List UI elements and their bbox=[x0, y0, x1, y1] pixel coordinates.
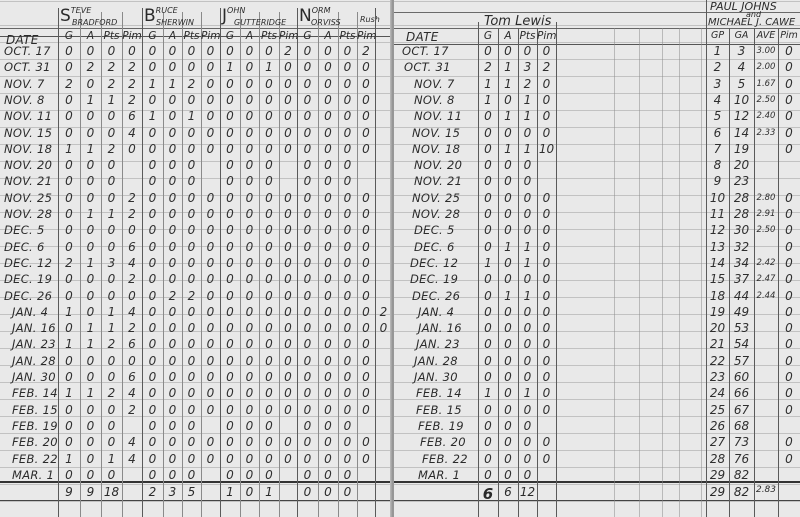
row-date: JAN. 30 bbox=[414, 370, 458, 385]
stat-cell: 0 bbox=[163, 44, 182, 59]
stat-cell: 1 bbox=[182, 109, 201, 124]
column-header-a: A bbox=[318, 30, 338, 42]
player-first-name: ORM bbox=[312, 6, 331, 15]
row-date: OCT. 17 bbox=[402, 44, 449, 59]
stat-cell: 0 bbox=[142, 452, 163, 467]
stat-cell: 0 bbox=[498, 174, 518, 189]
stat-cell: 6 bbox=[122, 109, 142, 124]
stat-cell: 0 bbox=[201, 289, 220, 304]
stat-cell: 0 bbox=[182, 93, 201, 108]
stat-cell: 0 bbox=[318, 256, 338, 271]
goalie-cell: 1 bbox=[706, 44, 729, 59]
stat-cell: 0 bbox=[338, 419, 357, 434]
stat-cell: 0 bbox=[58, 223, 80, 238]
goalie-cell: 8 bbox=[706, 158, 729, 173]
stat-cell: 0 bbox=[101, 289, 122, 304]
row-date: OCT. 31 bbox=[404, 60, 451, 75]
stat-cell: 0 bbox=[240, 109, 259, 124]
goalie-cell: 34 bbox=[729, 256, 754, 271]
stat-cell: 0 bbox=[279, 403, 297, 418]
stat-cell: 2 bbox=[478, 60, 498, 75]
stat-cell: 0 bbox=[182, 403, 201, 418]
player-initial: S bbox=[60, 6, 71, 26]
goalie-cell: 14 bbox=[706, 256, 729, 271]
goalie-cell: 19 bbox=[729, 142, 754, 157]
goalie-cell: 21 bbox=[706, 337, 729, 352]
stat-cell: 1 bbox=[518, 386, 537, 401]
stat-cell: 0 bbox=[220, 240, 240, 255]
stat-cell: 0 bbox=[498, 207, 518, 222]
stat-cell: 0 bbox=[201, 370, 220, 385]
goalie-cell: 0 bbox=[778, 44, 800, 59]
stat-cell: 4 bbox=[122, 256, 142, 271]
goalie-cell: 49 bbox=[729, 305, 754, 320]
stat-cell: 0 bbox=[142, 256, 163, 271]
goalie-cell: 0 bbox=[778, 305, 800, 320]
stat-cell: 0 bbox=[318, 60, 338, 75]
stat-cell: 0 bbox=[318, 370, 338, 385]
stat-cell: 0 bbox=[220, 452, 240, 467]
stat-cell: 0 bbox=[142, 158, 163, 173]
stat-cell: 0 bbox=[498, 126, 518, 141]
stat-cell: 0 bbox=[537, 435, 556, 450]
stat-cell: 0 bbox=[240, 240, 259, 255]
goalie-cell: 57 bbox=[729, 354, 754, 369]
stat-cell: 0 bbox=[357, 93, 375, 108]
total-cell: 9 bbox=[80, 485, 101, 499]
row-date: NOV. 15 bbox=[412, 126, 460, 141]
stat-cell: 2 bbox=[163, 289, 182, 304]
stat-cell: 0 bbox=[478, 354, 498, 369]
stat-cell: 0 bbox=[142, 207, 163, 222]
stat-cell: 0 bbox=[240, 126, 259, 141]
stat-cell: 0 bbox=[318, 77, 338, 92]
stat-cell: 1 bbox=[498, 142, 518, 157]
goalie-cell: 2.47 bbox=[754, 272, 778, 287]
goalie-cell: 53 bbox=[729, 321, 754, 336]
stat-cell: 0 bbox=[163, 60, 182, 75]
stat-cell: 0 bbox=[240, 77, 259, 92]
goalie-cell: 12 bbox=[706, 223, 729, 238]
stat-cell: 0 bbox=[220, 142, 240, 157]
stat-cell: 0 bbox=[297, 370, 318, 385]
stat-cell: 0 bbox=[478, 452, 498, 467]
header-rule bbox=[394, 28, 800, 29]
stat-cell: 1 bbox=[142, 109, 163, 124]
goalie-cell: 0 bbox=[778, 272, 800, 287]
row-date: DEC. 5 bbox=[414, 223, 455, 238]
player-first-name: OHN bbox=[227, 6, 245, 15]
total-cell: 6 bbox=[498, 485, 518, 499]
row-date: NOV. 21 bbox=[414, 174, 462, 189]
stat-cell: 0 bbox=[58, 126, 80, 141]
stat-cell: 0 bbox=[182, 207, 201, 222]
stat-cell: 0 bbox=[58, 468, 80, 483]
goalie-cell: 0 bbox=[778, 109, 800, 124]
stat-cell: 0 bbox=[240, 337, 259, 352]
stat-cell: 2 bbox=[101, 60, 122, 75]
stat-cell: 1 bbox=[101, 93, 122, 108]
stat-cell: 0 bbox=[182, 272, 201, 287]
goalie-cell: 4 bbox=[729, 60, 754, 75]
stat-cell: 0 bbox=[297, 256, 318, 271]
stat-cell: 0 bbox=[338, 126, 357, 141]
goalie-cell: 10 bbox=[729, 93, 754, 108]
stat-cell: 0 bbox=[279, 452, 297, 467]
stat-cell: 0 bbox=[518, 207, 537, 222]
column-header-pim: Pim bbox=[122, 30, 142, 42]
stat-cell: 0 bbox=[338, 272, 357, 287]
stat-cell: 1 bbox=[80, 256, 101, 271]
row-date: NOV. 25 bbox=[412, 191, 460, 206]
stat-cell: 0 bbox=[518, 337, 537, 352]
stat-cell: 0 bbox=[338, 158, 357, 173]
stat-cell: 0 bbox=[80, 77, 101, 92]
total-cell: 18 bbox=[101, 485, 122, 499]
row-date: NOV. 20 bbox=[414, 158, 462, 173]
stat-cell: 0 bbox=[279, 272, 297, 287]
player-first-name: RUCE bbox=[156, 6, 178, 15]
stat-cell: 0 bbox=[279, 256, 297, 271]
stat-cell: 0 bbox=[142, 289, 163, 304]
row-date: JAN. 28 bbox=[414, 354, 458, 369]
stat-cell: 0 bbox=[201, 272, 220, 287]
stat-cell: 0 bbox=[142, 174, 163, 189]
stat-cell: 0 bbox=[537, 305, 556, 320]
stat-cell: 0 bbox=[478, 109, 498, 124]
stat-cell: 0 bbox=[163, 435, 182, 450]
stat-cell: 0 bbox=[498, 354, 518, 369]
stat-cell: 0 bbox=[518, 44, 537, 59]
stat-cell: 0 bbox=[201, 240, 220, 255]
stat-cell: 0 bbox=[338, 337, 357, 352]
row-date: DEC. 26 bbox=[412, 289, 460, 304]
row-date: FEB. 15 bbox=[416, 403, 462, 418]
stat-cell: 0 bbox=[318, 419, 338, 434]
goalie-cell: 73 bbox=[729, 435, 754, 450]
stat-cell: 0 bbox=[297, 126, 318, 141]
stat-cell: 1 bbox=[518, 109, 537, 124]
goalie-cell: 82 bbox=[729, 468, 754, 483]
stat-cell: 0 bbox=[101, 468, 122, 483]
column-header-pts: Pts bbox=[259, 30, 279, 42]
stat-cell: 0 bbox=[297, 60, 318, 75]
goalie-cell: 0 bbox=[778, 93, 800, 108]
goalie-cell: 22 bbox=[706, 354, 729, 369]
stat-cell: 1 bbox=[80, 321, 101, 336]
stat-cell: 0 bbox=[537, 223, 556, 238]
stat-cell: 0 bbox=[478, 240, 498, 255]
stat-cell: 0 bbox=[498, 337, 518, 352]
stat-cell: 0 bbox=[297, 419, 318, 434]
stat-cell: 0 bbox=[101, 158, 122, 173]
stat-cell: 0 bbox=[182, 305, 201, 320]
stat-cell: 2 bbox=[182, 289, 201, 304]
stat-cell: 0 bbox=[182, 256, 201, 271]
stat-cell: 0 bbox=[297, 305, 318, 320]
row-date: OCT. 31 bbox=[4, 60, 51, 75]
stat-cell: 0 bbox=[80, 305, 101, 320]
stat-cell: 0 bbox=[279, 223, 297, 238]
stat-cell: 0 bbox=[201, 321, 220, 336]
stat-cell: 1 bbox=[498, 60, 518, 75]
stat-cell: 0 bbox=[318, 191, 338, 206]
stat-cell: 0 bbox=[338, 321, 357, 336]
goalie-cell: 3 bbox=[729, 44, 754, 59]
goalie-cell: 23 bbox=[706, 370, 729, 385]
stat-cell: 0 bbox=[297, 174, 318, 189]
stat-cell: 0 bbox=[101, 272, 122, 287]
stat-cell: 0 bbox=[163, 142, 182, 157]
goalie-cell: 2 bbox=[706, 60, 729, 75]
stat-cell: 0 bbox=[518, 272, 537, 287]
stat-cell: 1 bbox=[58, 452, 80, 467]
stat-cell: 4 bbox=[122, 305, 142, 320]
stat-cell: 0 bbox=[478, 419, 498, 434]
stat-cell: 1 bbox=[58, 305, 80, 320]
stat-cell: 0 bbox=[518, 403, 537, 418]
stat-cell: 0 bbox=[201, 142, 220, 157]
stat-cell: 0 bbox=[357, 240, 375, 255]
stat-cell: 0 bbox=[518, 126, 537, 141]
row-date: NOV. 21 bbox=[4, 174, 52, 189]
column-header-pts: Pts bbox=[338, 30, 357, 42]
stat-cell: 0 bbox=[297, 109, 318, 124]
stat-cell: 0 bbox=[220, 370, 240, 385]
stat-cell: 0 bbox=[338, 191, 357, 206]
stat-cell: 0 bbox=[478, 158, 498, 173]
stat-cell: 0 bbox=[182, 419, 201, 434]
total-cell: 0 bbox=[297, 485, 318, 499]
stat-cell: 1 bbox=[518, 142, 537, 157]
stat-cell: 0 bbox=[297, 337, 318, 352]
row-date: JAN. 23 bbox=[416, 337, 460, 352]
stat-cell: 0 bbox=[80, 419, 101, 434]
stat-cell: 0 bbox=[498, 305, 518, 320]
stat-cell: 0 bbox=[357, 321, 375, 336]
stat-cell: 0 bbox=[357, 354, 375, 369]
stat-cell: 0 bbox=[357, 142, 375, 157]
stat-cell: 0 bbox=[163, 321, 182, 336]
stat-cell: 0 bbox=[122, 223, 142, 238]
stat-cell: 0 bbox=[498, 158, 518, 173]
stat-cell: 0 bbox=[58, 191, 80, 206]
column-header-pim: Pim bbox=[778, 30, 800, 41]
stat-cell: 0 bbox=[182, 44, 201, 59]
stat-cell: 6 bbox=[122, 240, 142, 255]
stat-cell: 0 bbox=[58, 272, 80, 287]
stat-cell: 1 bbox=[58, 337, 80, 352]
stat-cell: 0 bbox=[182, 370, 201, 385]
stat-cell: 0 bbox=[498, 321, 518, 336]
stat-cell: 0 bbox=[537, 109, 556, 124]
stat-cell: 0 bbox=[201, 354, 220, 369]
stat-cell: 2 bbox=[122, 191, 142, 206]
stat-cell: 0 bbox=[80, 44, 101, 59]
stat-cell: 0 bbox=[518, 305, 537, 320]
goalie-total-cell: 82 bbox=[729, 485, 754, 499]
stat-cell: 0 bbox=[259, 305, 279, 320]
stat-cell: 0 bbox=[478, 142, 498, 157]
stat-cell: 0 bbox=[80, 403, 101, 418]
stat-cell: 0 bbox=[142, 354, 163, 369]
stat-cell: 2 bbox=[122, 77, 142, 92]
goalie-cell: 19 bbox=[706, 305, 729, 320]
row-date: FEB. 14 bbox=[416, 386, 462, 401]
goalie-cell: 29 bbox=[706, 468, 729, 483]
stat-cell: 0 bbox=[220, 77, 240, 92]
stat-cell: 1 bbox=[80, 93, 101, 108]
stat-cell: 0 bbox=[240, 223, 259, 238]
stat-cell: 0 bbox=[537, 289, 556, 304]
stat-cell: 0 bbox=[240, 44, 259, 59]
stat-cell: 1 bbox=[478, 386, 498, 401]
stat-cell: 0 bbox=[182, 191, 201, 206]
stat-cell: 0 bbox=[80, 452, 101, 467]
stat-cell: 2 bbox=[58, 256, 80, 271]
stat-cell: 0 bbox=[259, 289, 279, 304]
stat-cell: 0 bbox=[142, 468, 163, 483]
stat-cell: 0 bbox=[163, 337, 182, 352]
stat-cell: 4 bbox=[122, 452, 142, 467]
row-date: FEB. 20 bbox=[420, 435, 466, 450]
stat-cell: 0 bbox=[163, 240, 182, 255]
stat-cell: 0 bbox=[478, 44, 498, 59]
stat-cell: 0 bbox=[279, 370, 297, 385]
column-header-g: G bbox=[478, 30, 498, 42]
stat-cell: 3 bbox=[518, 60, 537, 75]
stat-cell: 0 bbox=[201, 386, 220, 401]
stat-cell: 0 bbox=[58, 403, 80, 418]
stat-cell: 0 bbox=[537, 337, 556, 352]
stat-cell: 0 bbox=[537, 77, 556, 92]
stat-cell: 0 bbox=[240, 256, 259, 271]
stat-cell: 0 bbox=[318, 109, 338, 124]
stat-cell: 0 bbox=[318, 126, 338, 141]
stat-cell: 0 bbox=[478, 305, 498, 320]
goalie-cell: 5 bbox=[729, 77, 754, 92]
row-date: JAN. 4 bbox=[418, 305, 454, 320]
stat-cell: 2 bbox=[122, 60, 142, 75]
stat-cell: 0 bbox=[297, 272, 318, 287]
stat-cell: 0 bbox=[220, 305, 240, 320]
stat-cell: 2 bbox=[122, 93, 142, 108]
stat-cell: 0 bbox=[58, 419, 80, 434]
stat-cell: 0 bbox=[297, 403, 318, 418]
goalie-cell: 26 bbox=[706, 419, 729, 434]
stat-cell: 0 bbox=[318, 337, 338, 352]
stat-cell: 0 bbox=[142, 93, 163, 108]
column-header-gp: GP bbox=[706, 30, 729, 41]
stat-cell: 0 bbox=[318, 158, 338, 173]
stat-cell: 0 bbox=[279, 77, 297, 92]
total-cell: 6 bbox=[478, 485, 498, 503]
stat-cell: 0 bbox=[259, 240, 279, 255]
stat-cell: 0 bbox=[297, 93, 318, 108]
stat-cell: 0 bbox=[259, 142, 279, 157]
stat-cell: 0 bbox=[498, 93, 518, 108]
stat-cell: 0 bbox=[58, 44, 80, 59]
stat-cell: 0 bbox=[259, 272, 279, 287]
stat-cell: 0 bbox=[297, 158, 318, 173]
stat-cell: 0 bbox=[338, 223, 357, 238]
goalie-title-line1: PAUL JOHNS bbox=[710, 0, 777, 13]
stat-cell: 0 bbox=[478, 370, 498, 385]
stat-cell: 0 bbox=[142, 435, 163, 450]
column-header-g: G bbox=[58, 30, 80, 42]
stat-cell: 0 bbox=[338, 44, 357, 59]
goalie-cell: 37 bbox=[729, 272, 754, 287]
stat-cell: 0 bbox=[318, 305, 338, 320]
stat-cell: 0 bbox=[478, 191, 498, 206]
stat-cell: 0 bbox=[518, 158, 537, 173]
stat-cell: 0 bbox=[201, 126, 220, 141]
stat-cell: 1 bbox=[80, 207, 101, 222]
stat-cell: 0 bbox=[163, 109, 182, 124]
player-last-name: ORVISS bbox=[311, 18, 341, 27]
stat-cell: 0 bbox=[182, 435, 201, 450]
column-divider bbox=[375, 8, 376, 517]
stat-cell: 0 bbox=[537, 272, 556, 287]
stat-cell: 0 bbox=[220, 337, 240, 352]
player-last-name: SHERWIN bbox=[156, 18, 194, 27]
stat-cell: 0 bbox=[338, 289, 357, 304]
goalie-cell: 1.67 bbox=[754, 77, 778, 92]
column-header-ave: AVE bbox=[754, 30, 778, 41]
column-header-pim: Pim bbox=[537, 30, 556, 42]
stat-cell: 0 bbox=[101, 403, 122, 418]
stat-cell: 1 bbox=[518, 93, 537, 108]
row-date: DEC. 12 bbox=[410, 256, 458, 271]
stat-cell: 0 bbox=[259, 223, 279, 238]
stat-cell: 0 bbox=[478, 468, 498, 483]
stat-cell: 0 bbox=[259, 321, 279, 336]
stat-cell: 0 bbox=[259, 468, 279, 483]
row-date: NOV. 28 bbox=[412, 207, 460, 222]
row-date: NOV. 18 bbox=[4, 142, 52, 157]
goalie-cell: 6 bbox=[706, 126, 729, 141]
goalie-cell: 0 bbox=[778, 191, 800, 206]
stat-cell: 0 bbox=[318, 321, 338, 336]
stat-cell: 0 bbox=[101, 370, 122, 385]
stat-cell: 0 bbox=[297, 354, 318, 369]
stat-cell: 0 bbox=[357, 289, 375, 304]
goalie-cell: 28 bbox=[729, 191, 754, 206]
stat-cell: 0 bbox=[163, 174, 182, 189]
stat-cell: 0 bbox=[259, 452, 279, 467]
stat-cell: 0 bbox=[498, 386, 518, 401]
stat-cell: 0 bbox=[259, 77, 279, 92]
stat-cell: 0 bbox=[240, 354, 259, 369]
stat-cell: 0 bbox=[518, 419, 537, 434]
stat-cell: 0 bbox=[122, 142, 142, 157]
stat-cell: 0 bbox=[357, 60, 375, 75]
stat-cell: 0 bbox=[182, 60, 201, 75]
player-name-tom-lewis: Tom Lewis bbox=[484, 14, 551, 29]
stat-cell: 0 bbox=[297, 289, 318, 304]
stat-cell: 0 bbox=[318, 174, 338, 189]
stat-cell: 0 bbox=[240, 142, 259, 157]
stat-cell: 0 bbox=[101, 354, 122, 369]
stat-cell: 0 bbox=[318, 468, 338, 483]
stat-cell: 0 bbox=[80, 272, 101, 287]
stat-cell: 0 bbox=[338, 240, 357, 255]
goalie-cell: 0 bbox=[778, 207, 800, 222]
stat-cell: 0 bbox=[297, 386, 318, 401]
stat-cell: 0 bbox=[80, 191, 101, 206]
stat-cell: 0 bbox=[142, 44, 163, 59]
stat-cell: 0 bbox=[518, 370, 537, 385]
